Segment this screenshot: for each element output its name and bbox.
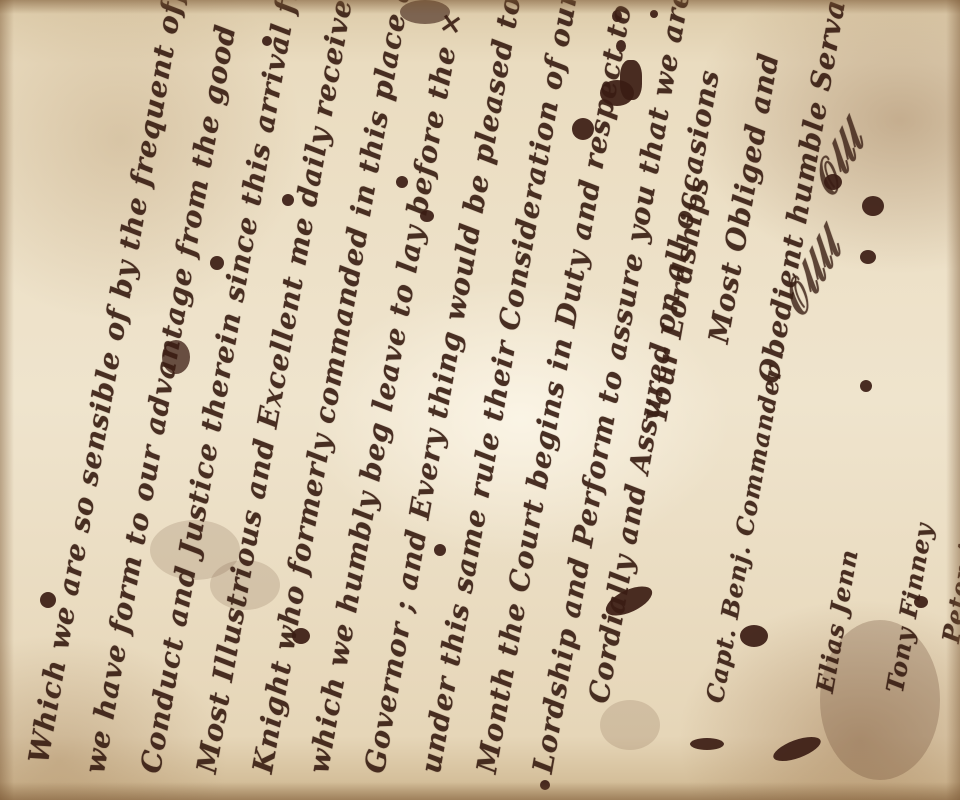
ink-blot: [282, 194, 294, 206]
paper-edge-bottom: [0, 782, 960, 800]
ink-blot: [292, 628, 310, 644]
ink-blot: [862, 196, 884, 216]
ink-blot: [616, 40, 626, 52]
ink-blot: [420, 210, 434, 222]
ink-blot: [572, 118, 594, 140]
water-stain: [600, 700, 660, 750]
ink-blot: [434, 544, 446, 556]
ink-blot: [162, 340, 190, 374]
paper-edge-left: [0, 0, 14, 800]
aged-letter-background: Which we are so sensible of by the frequ…: [0, 0, 960, 800]
paper-edge-top: [0, 0, 960, 14]
ink-blot: [262, 36, 272, 46]
ink-blot: [740, 625, 768, 647]
ink-blot: [40, 592, 56, 608]
ink-blot: [860, 380, 872, 392]
ink-blot: [210, 256, 224, 270]
ink-blot: [396, 176, 408, 188]
ink-blot: [824, 174, 842, 190]
ink-blot: [770, 732, 823, 766]
signature: Capt. Benj. Commander: [700, 363, 788, 705]
ink-blot: [914, 596, 928, 608]
ink-blot: [620, 60, 642, 100]
paper-edge-right: [946, 0, 960, 800]
ink-blot: [860, 250, 876, 264]
ink-blot: [690, 738, 724, 750]
